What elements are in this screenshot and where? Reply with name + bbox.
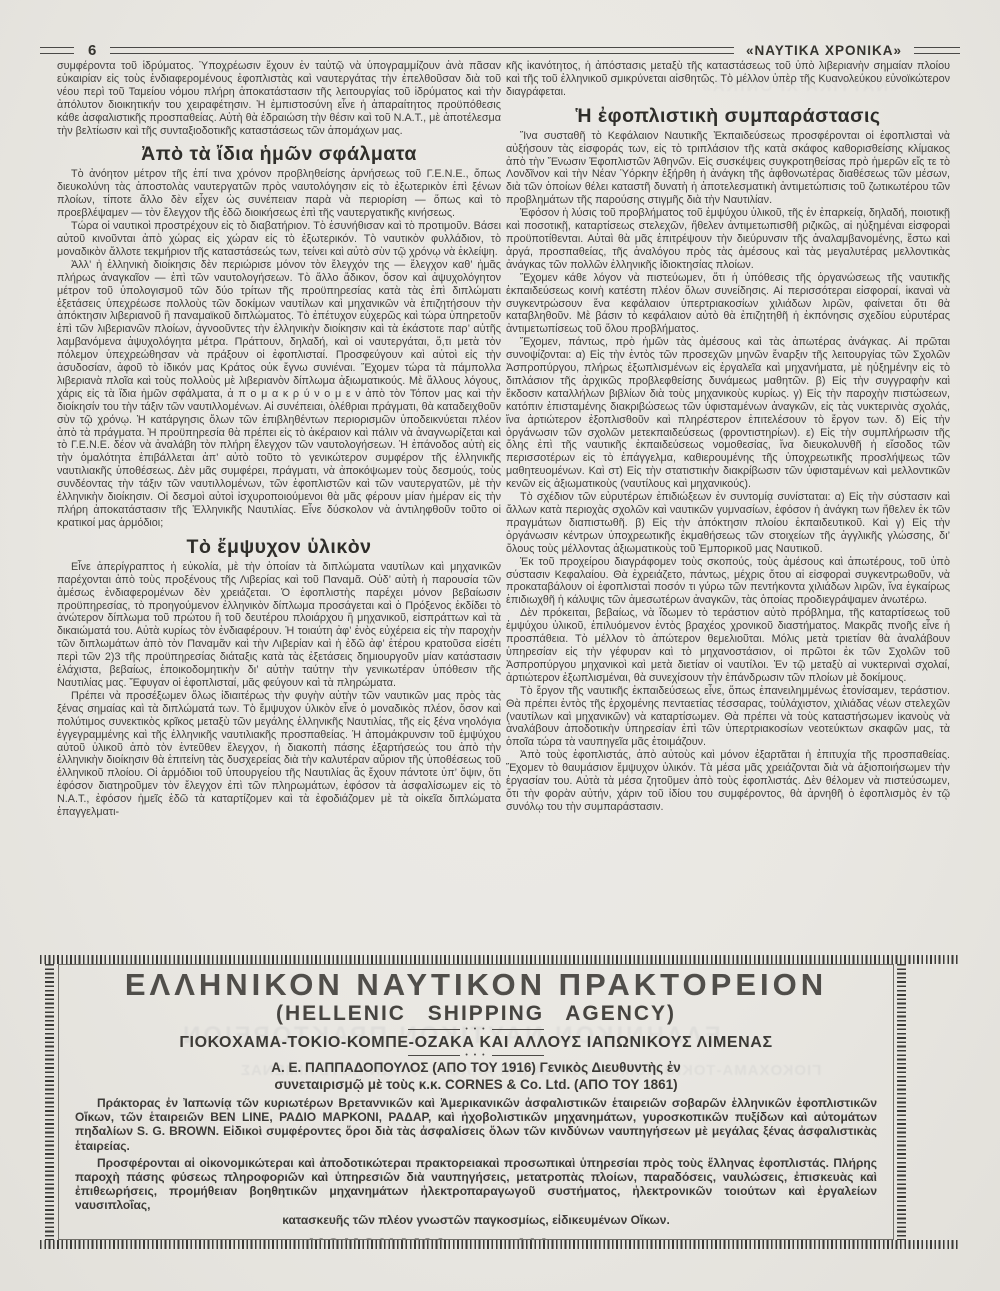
body-paragraph: Ἐφόσον ἡ λύσις τοῦ προβλήματος τοῦ ἐμψύχ… bbox=[506, 207, 950, 272]
body-paragraph: Τὸ ἔργον τῆς ναυτικῆς ἐκπαιδεύσεως εἶνε,… bbox=[506, 685, 950, 750]
body-paragraph: Ἐκ τοῦ προχείρου διαγράφομεν τοὺς σκοπού… bbox=[506, 556, 950, 608]
body-paragraph: Τὸ ἀνόητον μέτρον τῆς ἐπί τινα χρόνον πρ… bbox=[57, 168, 501, 220]
ad-border-top bbox=[40, 955, 960, 964]
ad-border-left bbox=[45, 964, 54, 1240]
left-column: συμφέροντα τοῦ ἱδρύματος. Ὑποχρέωσιν ἔχο… bbox=[57, 60, 501, 957]
body-paragraph: Τὸ σχέδιον τῶν εὐρυτέρων ἐπιδιώξεων ἐν σ… bbox=[506, 491, 950, 556]
ad-ports-line: ΓΙΟΚΟΧΑΜΑ-ΤΟΚΙΟ-ΚΟΜΠΕ-ΟΖΑΚΑ ΚΑΙ ΑΛΛΟΥΣ Ι… bbox=[59, 1033, 893, 1052]
ad-subtitle: (HELLENIC SHIPPING AGENCY) bbox=[59, 1002, 893, 1026]
body-paragraph: Ἀπὸ τοὺς ἐφοπλιστάς, ἀπὸ αὐτοὺς καὶ μόνο… bbox=[506, 749, 950, 814]
ornament-line bbox=[408, 1055, 460, 1056]
ornament-line bbox=[492, 1029, 544, 1030]
section-heading: Ἡ ἐφοπλιστικὴ συμπαράστασις bbox=[506, 105, 950, 127]
double-rule bbox=[40, 47, 74, 54]
ad-title: ΕΛΛΗΝΙΚΟΝ ΝΑΥΤΙΚΟΝ ΠΡΑΚΤΟΡΕΙΟΝ bbox=[59, 968, 893, 1002]
ornament-line bbox=[408, 1029, 460, 1030]
ornament-dots: • • • bbox=[465, 1052, 486, 1059]
ornament-line bbox=[492, 1055, 544, 1056]
body-paragraph: συμφέροντα τοῦ ἱδρύματος. Ὑποχρέωσιν ἔχο… bbox=[57, 60, 501, 137]
double-rule bbox=[110, 47, 734, 54]
right-column: κῆς ἱκανότητος, ἡ ἀπόστασις μεταξὺ τῆς κ… bbox=[506, 60, 950, 957]
ad-director-line: συνεταιρισμῷ μὲ τοὺς κ.κ. CORNES & Co. L… bbox=[59, 1076, 893, 1093]
ad-footer: ΚΕΝΤΡΙΚΑ ΓΡΑΦΕΙΑ: YOKOHAMA P.O.B. 411 Τη… bbox=[59, 1235, 893, 1240]
ad-body-last-line: κατασκευῆς τῶν πλέον γνωστῶν παγκοσμίως,… bbox=[59, 1213, 893, 1227]
body-paragraph: Ἵνα συσταθῆ τὸ Κεφάλαιον Ναυτικῆς Ἐκπαιδ… bbox=[506, 130, 950, 207]
ad-body-paragraph: Πράκτορας ἐν Ἰαπωνίᾳ τῶν κυριωτέρων Βρετ… bbox=[75, 1096, 877, 1153]
ad-border-bottom bbox=[40, 1240, 960, 1249]
page-header: 6 «ΝΑΥΤΙΚΑ ΧΡΟΝΙΚΑ» bbox=[40, 42, 960, 59]
body-paragraph: Ἔχομεν κάθε λόγον νὰ πιστεύωμεν, ὅτι ἡ ὑ… bbox=[506, 272, 950, 337]
double-rule bbox=[914, 47, 960, 54]
ad-director-line: Α. Ε. ΠΑΠΠΑΔΟΠΟΥΛΟΣ (ΑΠΟ ΤΟΥ 1916) Γενικ… bbox=[59, 1059, 893, 1076]
ad-pob-number: 411 bbox=[513, 1235, 550, 1240]
body-paragraph: Δὲν πρόκειται, βεβαίως, νὰ ἴδωμεν τὸ τερ… bbox=[506, 607, 950, 684]
ornament-dots: • • • bbox=[465, 1026, 486, 1033]
advertisement: ΕΛΛΗΝΙΚΟΝ ΝΑΥΤΙΚΟΝ ΠΡΑΚΤΟΡΕΙΟΝ (HELLENIC… bbox=[58, 964, 894, 1240]
section-heading: Τὸ ἔμψυχον ὑλικὸν bbox=[57, 536, 501, 558]
body-paragraph: Τώρα οἱ ναυτικοὶ προστρέχουν εἰς τὸ διαβ… bbox=[57, 220, 501, 259]
journal-title: «ΝΑΥΤΙΚΑ ΧΡΟΝΙΚΑ» bbox=[742, 43, 906, 58]
magazine-page: 6 «ΝΑΥΤΙΚΑ ΧΡΟΝΙΚΑ» συμφέροντα τοῦ ἱδρύμ… bbox=[0, 0, 1000, 1291]
ornament-divider: • • • bbox=[59, 1026, 893, 1033]
body-paragraph: Ἀλλ’ ἡ ἑλληνικὴ διοίκησις δὲν περιώρισε … bbox=[57, 259, 501, 530]
body-paragraph: Πρέπει νὰ προσέξωμεν ὅλως ἰδιαιτέρως τὴν… bbox=[57, 690, 501, 819]
body-paragraph: κῆς ἱκανότητος, ἡ ἀπόστασις μεταξὺ τῆς κ… bbox=[506, 60, 950, 99]
ad-body-paragraph: Προσφέρονται αἱ οἰκονομικώτεραι καὶ ἀποδ… bbox=[75, 1156, 877, 1213]
ad-city: YOKOHAMA bbox=[309, 1235, 450, 1240]
body-paragraph: Ἔχομεν, πάντως, πρὸ ἡμῶν τὰς ἀμέσους καὶ… bbox=[506, 336, 950, 491]
body-paragraph: Εἶνε ἀπερίγραπτος ἡ εὐκολία, μὲ τὴν ὁποί… bbox=[57, 561, 501, 690]
ornament-divider: • • • bbox=[59, 1052, 893, 1059]
section-heading: Ἀπὸ τὰ ἴδια ἡμῶν σφάλματα bbox=[57, 143, 501, 165]
page-number: 6 bbox=[82, 42, 102, 59]
ad-border-right bbox=[897, 964, 906, 1240]
